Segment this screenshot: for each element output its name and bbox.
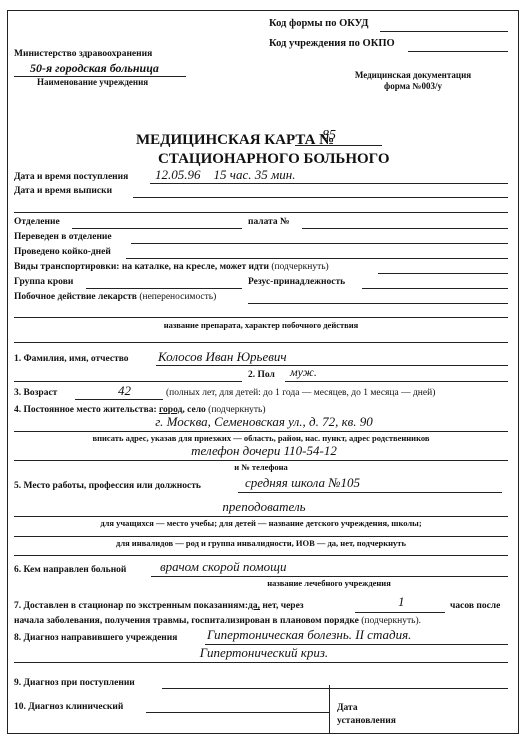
f5-line-4	[14, 555, 508, 556]
f5-line-3[interactable]	[14, 536, 508, 537]
section-divider	[14, 342, 508, 343]
f5-value-2[interactable]: преподователь	[0, 499, 528, 515]
room-label: палата №	[248, 217, 290, 227]
okud-field[interactable]	[380, 31, 508, 32]
f9-field[interactable]	[162, 688, 508, 689]
f3-note: (полных лет, для детей: до 1 года — меся…	[166, 388, 435, 398]
institution-caption: Наименование учреждения	[37, 77, 148, 87]
f5-line	[238, 492, 502, 493]
f6-caption: название лечебного учреждения	[150, 578, 508, 588]
f5-caption-2: для инвалидов — род и группа инвалидност…	[14, 538, 508, 548]
f4-caption: вписать адрес, указав для приезжих — обл…	[14, 433, 508, 443]
f7-label: 7. Доставлен в стационар по экстренным п…	[14, 601, 304, 611]
admit-label: Дата и время поступления	[14, 172, 128, 182]
okpo-label: Код учреждения по ОКПО	[269, 38, 395, 49]
card-number-line	[295, 145, 382, 146]
f7-no-option[interactable]: нет, через	[262, 601, 303, 611]
bed-days-label: Проведено койко-дней	[14, 247, 111, 257]
f2-value[interactable]: муж.	[290, 365, 317, 380]
date-label-2: установления	[337, 716, 396, 726]
f9-label: 9. Диагноз при поступлении	[14, 678, 135, 688]
transport-options: Виды транспортировки: на каталке, на кре…	[14, 262, 269, 272]
department-label: Отделение	[14, 217, 60, 227]
f6-line	[151, 576, 508, 577]
card-number[interactable]: 85	[322, 128, 336, 144]
discharge-field[interactable]	[133, 197, 508, 198]
room-field[interactable]	[302, 228, 508, 229]
f5-caption-1: для учащихся — место учебы; для детей — …	[14, 518, 508, 528]
side-effects-label: Побочное действие лекарств (непереносимо…	[14, 292, 216, 302]
f6-label: 6. Кем направлен больной	[14, 565, 126, 575]
rhesus-label: Резус-принадлежность	[248, 277, 345, 287]
blood-field[interactable]	[86, 288, 242, 289]
institution-value[interactable]: 50-я городская больница	[30, 61, 159, 76]
f10-label: 10. Диагноз клинический	[14, 702, 123, 712]
f7-line	[355, 612, 445, 613]
f8-label: 8. Диагноз направившего учреждения	[14, 633, 177, 643]
f6-value[interactable]: врачом скорой помощи	[160, 559, 286, 575]
f7-planned-option[interactable]: начала заболевания, получения травмы, го…	[14, 616, 359, 626]
blood-label: Группа крови	[14, 277, 73, 287]
f1-label: 1. Фамилия, имя, отчество	[14, 354, 129, 364]
f10-field[interactable]	[146, 712, 329, 713]
side-effects-text: Побочное действие лекарств	[14, 292, 137, 302]
f1-value[interactable]: Колосов Иван Юрьевич	[158, 349, 287, 365]
f5-label: 5. Место работы, профессия или должность	[14, 481, 201, 491]
transport-note: (подчеркнуть)	[271, 262, 328, 272]
date-label-1: Дата	[337, 703, 358, 713]
transferred-label: Переведен в отделение	[14, 232, 112, 242]
doc-type-line1: Медицинская документация	[342, 70, 484, 80]
f3-label: 3. Возраст	[14, 388, 57, 398]
f5-value[interactable]: средняя школа №105	[245, 475, 360, 491]
okpo-field[interactable]	[408, 51, 508, 52]
doc-type-line2: форма №003/у	[342, 81, 484, 91]
blank-line-1	[14, 212, 508, 213]
f1-line-2	[14, 381, 242, 382]
f7-after: часов после	[450, 601, 500, 611]
admit-line	[150, 183, 508, 184]
transport-label: Виды транспортировки: на каталке, на кре…	[14, 262, 329, 272]
f8-value[interactable]: Гипертоническая болезнь. II стадия.	[207, 627, 411, 643]
f2-label: 2. Пол	[248, 370, 275, 380]
f3-value[interactable]: 42	[118, 383, 131, 399]
side-effects-note: (непереносимость)	[139, 292, 216, 302]
f7-line2: начала заболевания, получения травмы, го…	[14, 616, 421, 626]
f7-text: 7. Доставлен в стационар по экстренным п…	[14, 601, 248, 611]
f1-line	[156, 365, 508, 366]
discharge-label: Дата и время выписки	[14, 186, 112, 196]
ministry-label: Министерство здравоохранения	[14, 49, 152, 59]
f2-line	[285, 381, 508, 382]
okud-label: Код формы по ОКУД	[269, 18, 369, 29]
transport-field[interactable]	[378, 273, 508, 274]
rhesus-field[interactable]	[362, 288, 508, 289]
department-field[interactable]	[72, 228, 242, 229]
f5-line-2	[14, 516, 508, 517]
f4-phone-caption: и № телефона	[14, 462, 508, 472]
f7-value[interactable]: 1	[398, 594, 405, 610]
admit-value[interactable]: 12.05.96 15 час. 35 мин.	[155, 167, 295, 183]
card-subtitle: СТАЦИОНАРНОГО БОЛЬНОГО	[158, 151, 390, 168]
f4-phone-value[interactable]: телефон дочери 110-54-12	[0, 443, 528, 459]
f8-line-2	[14, 662, 508, 663]
f4-address-line	[14, 431, 508, 432]
f3-line	[75, 399, 163, 400]
f4-phone-line	[14, 460, 508, 461]
transferred-field[interactable]	[131, 243, 508, 244]
side-effects-field-2[interactable]	[14, 317, 508, 318]
f8-value-2[interactable]: Гипертонический криз.	[0, 645, 528, 661]
f7-yes-option[interactable]: да,	[248, 601, 260, 611]
side-effects-caption: название препарата, характер побочного д…	[14, 320, 508, 330]
bed-days-field[interactable]	[126, 258, 508, 259]
date-box-divider	[329, 685, 330, 734]
f7-note: (подчеркнуть).	[361, 616, 421, 626]
f4-address-value[interactable]: г. Москва, Семеновская ул., д. 72, кв. 9…	[0, 414, 528, 430]
card-title: МЕДИЦИНСКАЯ КАРТА №	[136, 132, 334, 149]
side-effects-field[interactable]	[248, 303, 508, 304]
